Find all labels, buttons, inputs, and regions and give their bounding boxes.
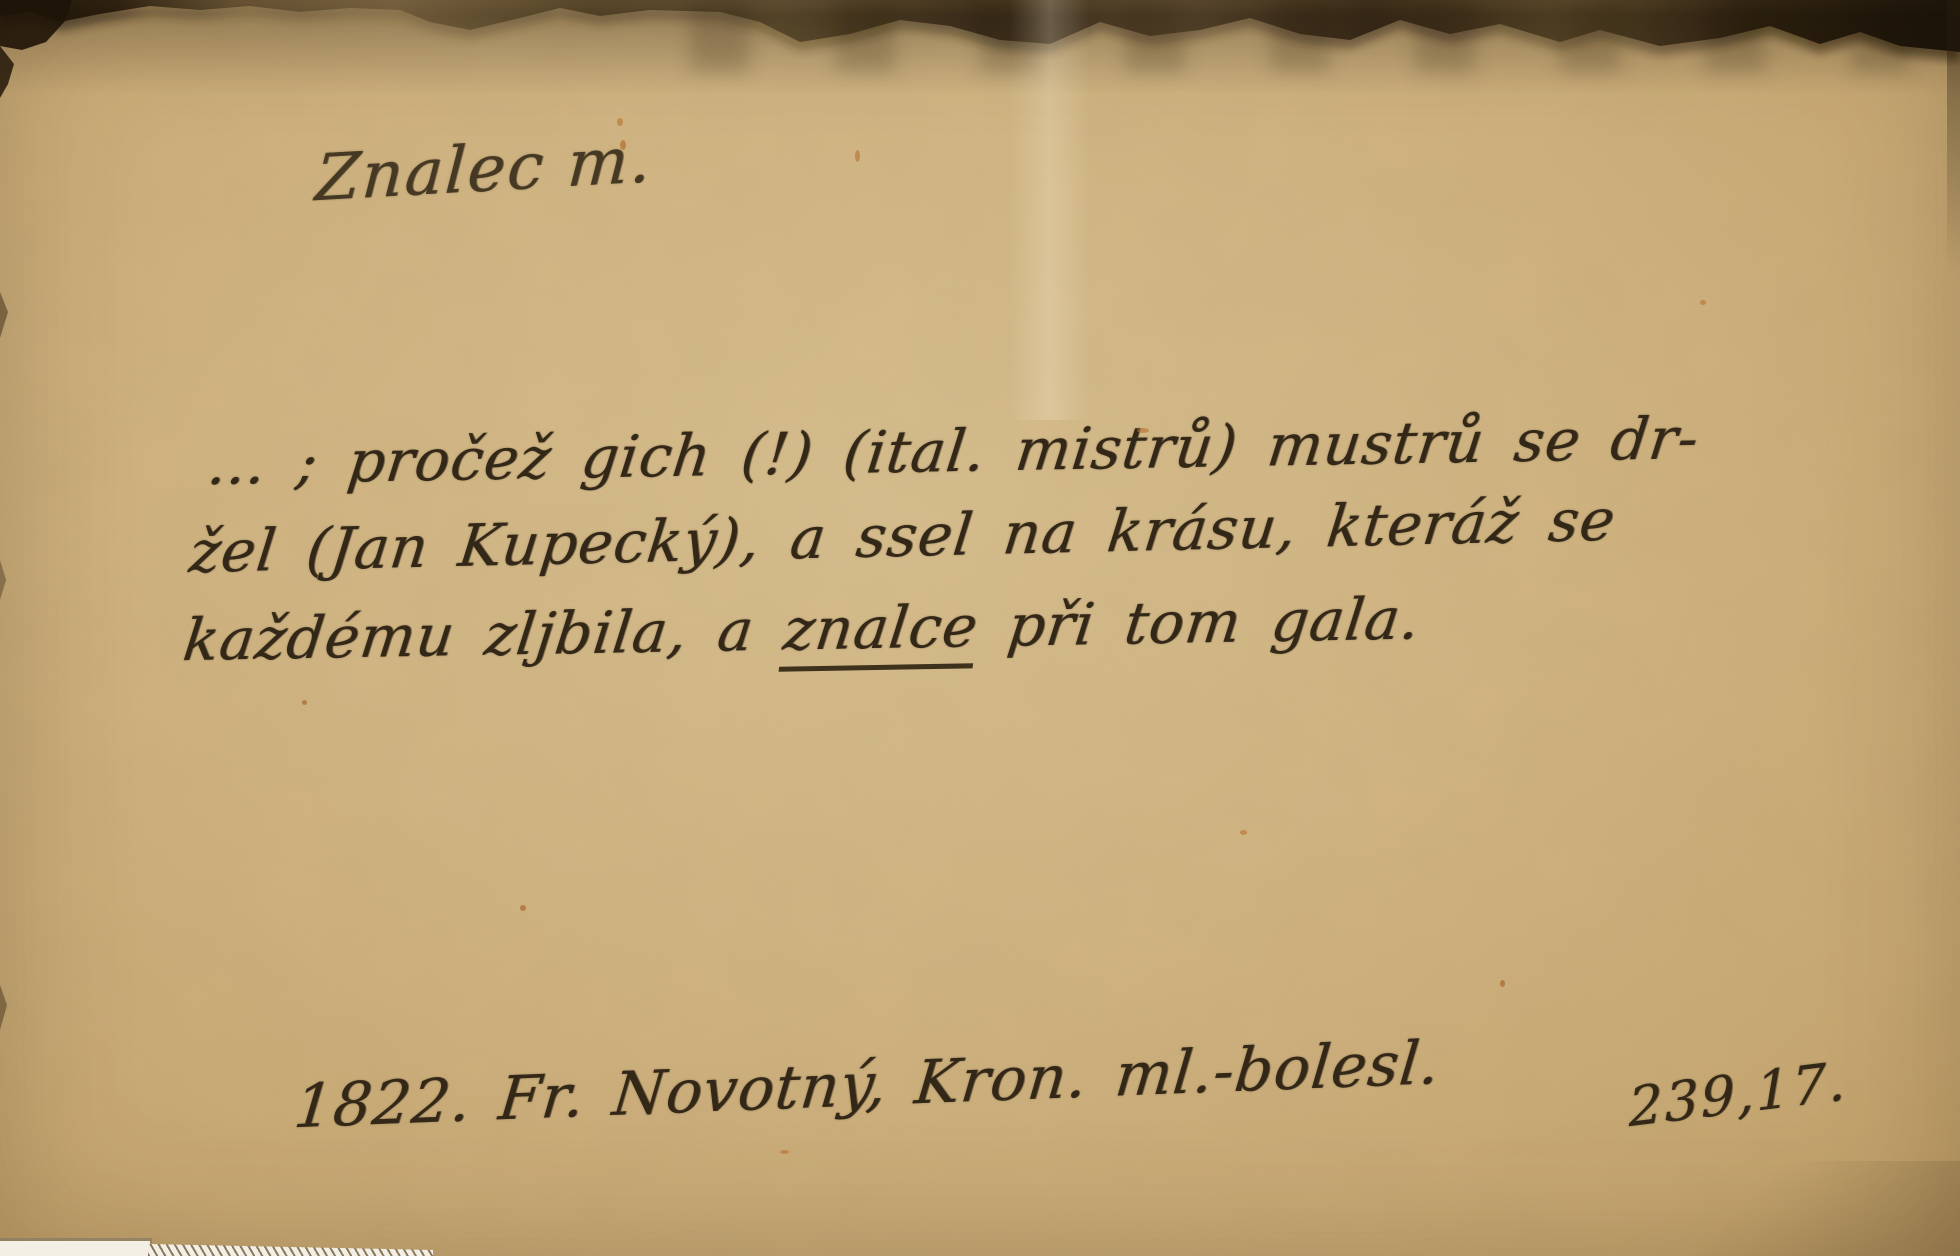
citation-line: 1822. Fr. Novotný, Kron. ml.-bolesl. <box>291 1028 1444 1142</box>
archive-card: Znalec m. … ; pročež gich (!) (ital. mis… <box>0 0 1960 1256</box>
quote-line-3-before: každému zljbila, a <box>180 596 789 675</box>
top-edge-shadow <box>0 0 1960 95</box>
paper-crease <box>1010 0 1090 420</box>
quote-line-1: … ; pročež gich (!) (ital. mistrů) mustr… <box>204 404 1703 498</box>
left-edge-marks <box>0 0 22 1256</box>
headword: Znalec m. <box>313 123 655 216</box>
torn-top-edge <box>0 0 1960 110</box>
foxing-speck <box>780 1150 789 1154</box>
reference-number: 239,17. <box>1628 1049 1848 1139</box>
quote-line-2: žel (Jan Kupecký), a ssel na krásu, kter… <box>186 486 1619 587</box>
top-edge-smudges <box>690 0 1960 72</box>
foxing-speck <box>1500 980 1505 987</box>
foxing-speck <box>1700 300 1706 305</box>
foxing-speck <box>855 150 860 162</box>
scanner-strip-hatching <box>148 1244 433 1256</box>
underlined-word-znalce: znalce <box>779 592 982 672</box>
foxing-speck <box>520 905 526 911</box>
foxing-speck <box>302 700 307 705</box>
quote-line-3-after: při tom gala. <box>974 584 1425 660</box>
quote-line-3: každému zljbila, a znalce při tom gala. <box>180 584 1425 674</box>
scanner-strip <box>0 1241 150 1256</box>
bottom-right-smudge <box>1620 1161 1960 1256</box>
foxing-speck <box>1240 830 1247 835</box>
right-edge-shadow <box>1947 0 1960 270</box>
